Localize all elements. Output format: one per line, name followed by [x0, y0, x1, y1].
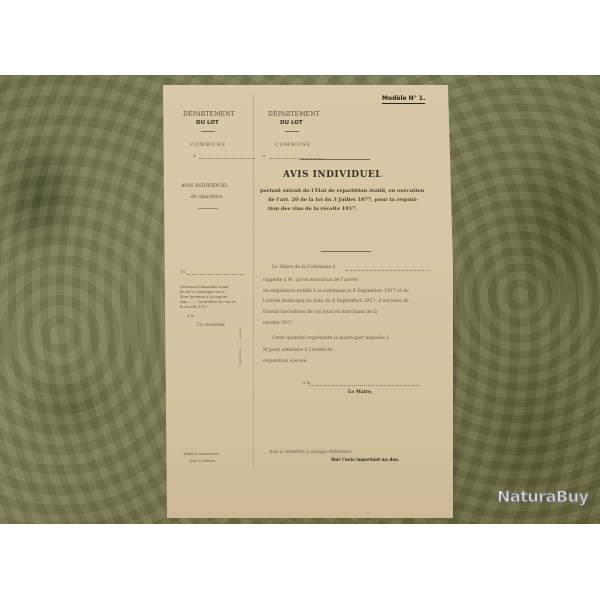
column-divider [253, 95, 254, 470]
commune-prefix-2: à [263, 154, 265, 158]
department-name-1: DU LOT [196, 121, 219, 127]
body-line: fournir hectolitres de vin loyal et marc… [263, 311, 377, 316]
stub-addressee-prefix: M [181, 270, 185, 274]
footer-stub-line: par le Maire [190, 459, 215, 463]
document-sheet: Modèle N° 1. DÉPARTEMENT DU LOT COMMUNE … [163, 85, 453, 518]
department-heading-2: DÉPARTEMENT [268, 112, 320, 118]
printer-note: Imprimerie ....... Cahors [239, 328, 242, 365]
body-line: de réquisition notifié à la commune le 6… [263, 290, 409, 295]
divider-rule [201, 131, 215, 132]
footer-center-note: Avis à remettre à chaque détenteur. [269, 451, 353, 456]
commune-field-1 [199, 158, 255, 159]
divider-rule [198, 208, 218, 209]
body-line: rappelle à M. qu'en exécution de l'arrêt… [263, 279, 358, 284]
footer-stub-line: Talon à conserver [183, 452, 219, 456]
model-label: Modèle N° 1. [382, 96, 425, 104]
stub-date-line: à le [187, 314, 194, 318]
body-line: récolte 1917. [263, 322, 294, 327]
commune-label-2: COMMUNE [275, 143, 311, 148]
commune-label-1: COMMUNE [190, 143, 226, 148]
stub-subtitle: de répartition [191, 196, 223, 201]
notice-subtitle-line: tion des vins de la récolte 1917. [268, 207, 357, 212]
stub-title: AVIS INDIVIDUEL [181, 184, 228, 189]
body-line: M pour satisfaire à l'arrêté de [263, 349, 333, 354]
notice-title: AVIS INDIVIDUEL [283, 171, 382, 180]
footer-important-note: Voir l'avis important au dos. [331, 459, 399, 463]
body-line: Le Maire de la Commune d [272, 266, 335, 271]
department-heading-1: DÉPARTEMENT [183, 112, 235, 118]
body-line: réquisition susvisé. [263, 360, 308, 365]
notice-subtitle-line: de l'art. 20 de la loi du 3 Juillet 1877… [268, 198, 418, 203]
mayor-signature: Le Maire, [348, 391, 373, 396]
naturabuy-watermark: NaturaBuy [497, 487, 588, 506]
divider-rule [321, 251, 371, 252]
stub-signature: Le receveur, [197, 324, 226, 329]
divider-rule [300, 159, 370, 160]
body-line: Cette quantité représente la quote-part … [272, 337, 389, 342]
body-line: l'arrêté municipal en date du 8 Septembr… [263, 300, 409, 305]
divider-rule [285, 131, 299, 132]
stub-notice-line: la récolte 1917. [180, 306, 209, 310]
date-field [309, 385, 419, 386]
commune-prefix-1: d [193, 154, 196, 158]
notice-subtitle-line: portant extrait de l'État de répartition… [260, 189, 424, 194]
stub-addressee-field [187, 274, 245, 275]
commune-name-field [346, 270, 430, 271]
department-name-2: DU LOT [280, 121, 303, 127]
